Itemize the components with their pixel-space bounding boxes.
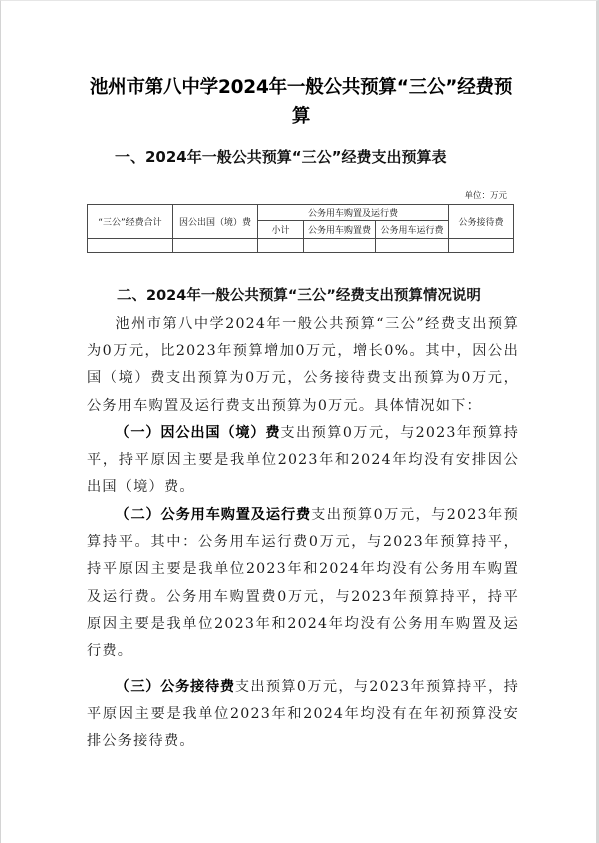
- table-header-row-1: “三公”经费合计 因公出国（境）费 公务用车购置及运行费 公务接待费: [88, 205, 514, 221]
- section1-heading: 一、2024年一般公共预算“三公”经费支出预算表: [115, 146, 446, 168]
- item-reception-lead: （三）公务接待费: [115, 679, 234, 695]
- header-overseas: 因公出国（境）费: [173, 205, 258, 239]
- item-vehicle-lead: （二）公务用车购置及运行费: [115, 507, 311, 523]
- header-reception: 公务接待费: [449, 205, 514, 239]
- header-vehicle-operation: 公务用车运行费: [376, 221, 449, 239]
- item-overseas-paragraph: （一）因公出国（境）费支出预算0万元，与2023年预算持平，持平原因主要是我单位…: [87, 420, 519, 502]
- document-title: 池州市第八中学2024年一般公共预算“三公”经费预算: [81, 73, 521, 131]
- three-public-expenses-table: “三公”经费合计 因公出国（境）费 公务用车购置及运行费 公务接待费 小计 公务…: [87, 204, 514, 253]
- header-vehicle-purchase: 公务用车购置费: [304, 221, 376, 239]
- cell-subtotal: [258, 239, 304, 253]
- cell-reception: [449, 239, 514, 253]
- cell-vehicle-purchase: [304, 239, 376, 253]
- header-total: “三公”经费合计: [88, 205, 173, 239]
- header-vehicle-group: 公务用车购置及运行费: [258, 205, 449, 221]
- header-subtotal: 小计: [258, 221, 304, 239]
- unit-label: 单位：万元: [464, 190, 507, 202]
- item-overseas-lead: （一）因公出国（境）费: [115, 425, 280, 441]
- section2-heading: 二、2024年一般公共预算“三公”经费支出预算情况说明: [117, 285, 481, 307]
- document-page: 池州市第八中学2024年一般公共预算“三公”经费预算 一、2024年一般公共预算…: [0, 0, 599, 843]
- item-vehicle-text: 支出预算0万元，与2023年预算持平。其中：公务用车运行费0万元，与2023年预…: [87, 507, 519, 659]
- item-vehicle-paragraph: （二）公务用车购置及运行费支出预算0万元，与2023年预算持平。其中：公务用车运…: [87, 502, 519, 665]
- cell-vehicle-operation: [376, 239, 449, 253]
- table-row: [88, 239, 514, 253]
- cell-total: [88, 239, 173, 253]
- cell-overseas: [173, 239, 258, 253]
- item-reception-paragraph: （三）公务接待费支出预算0万元，与2023年预算持平，持平原因主要是我单位202…: [87, 674, 519, 756]
- intro-paragraph: 池州市第八中学2024年一般公共预算“三公”经费支出预算为0万元，比2023年预…: [87, 311, 519, 420]
